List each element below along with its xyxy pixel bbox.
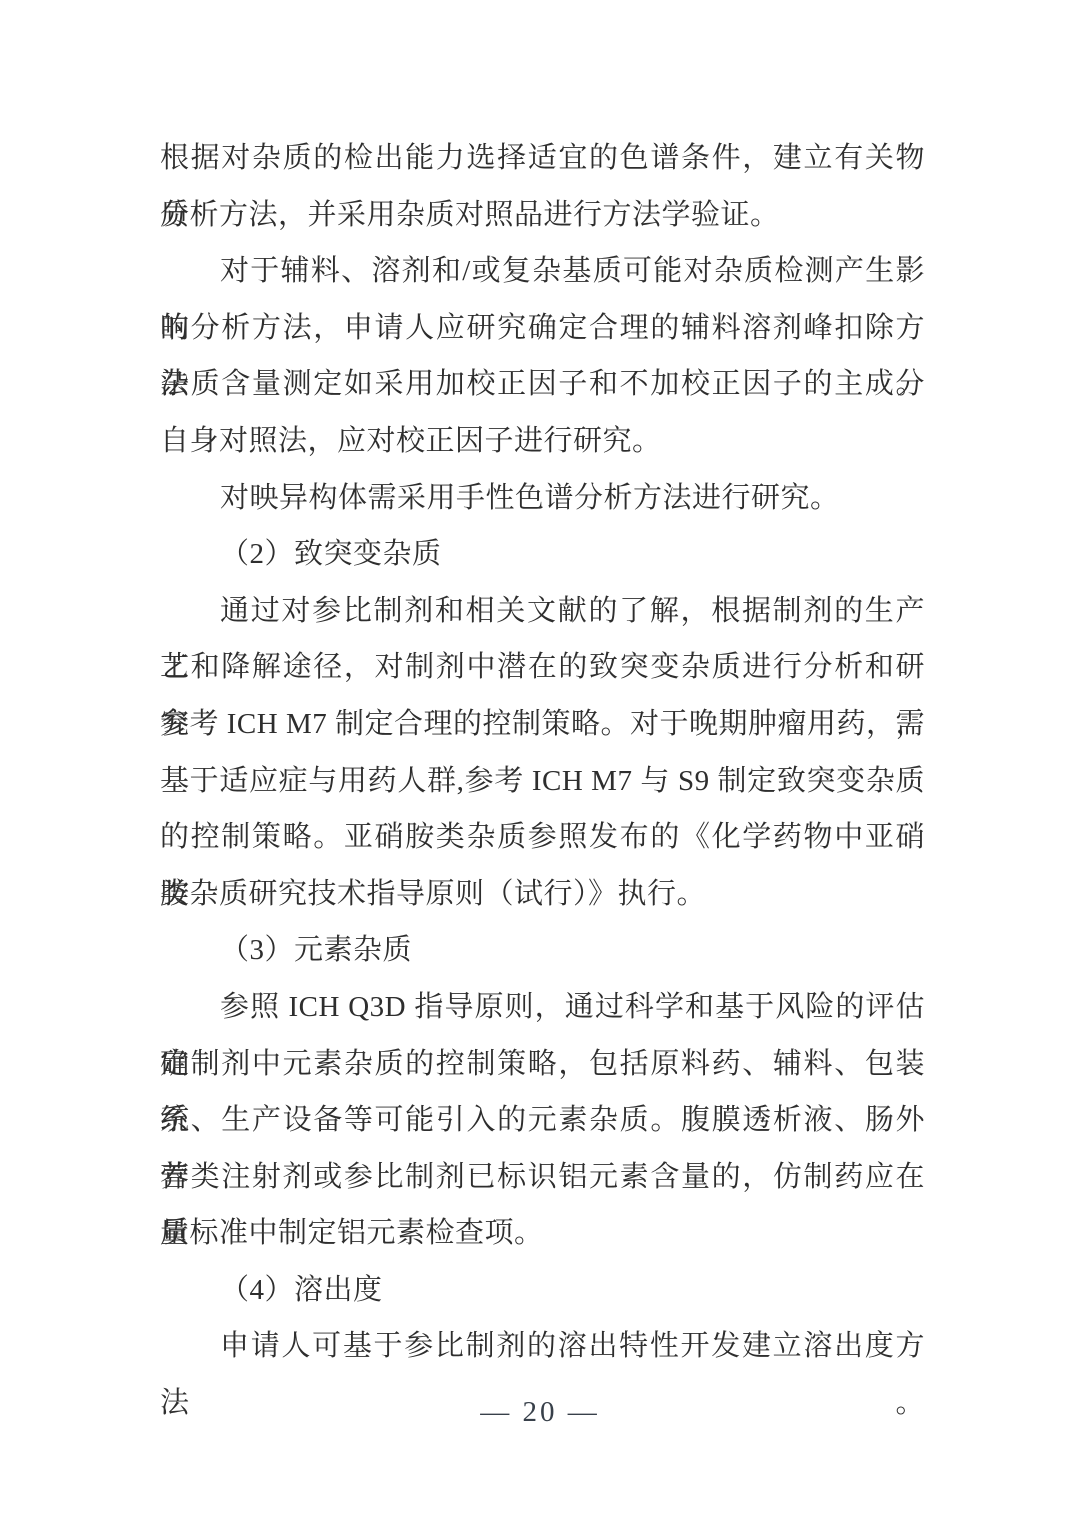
text-line: （4）溶出度 [160, 1262, 925, 1319]
text-line: 通过对参比制剂和相关文献的了解，根据制剂的生产工 [160, 583, 925, 640]
text-line: 量标准中制定铝元素检查项。 [160, 1205, 925, 1262]
text-line: 艺和降解途径，对制剂中潜在的致突变杂质进行分析和研究， [160, 639, 925, 696]
text-line: （2）致突变杂质 [160, 526, 925, 583]
page-footer: — 20 — [0, 1396, 1080, 1429]
text-line: 申请人可基于参比制剂的溶出特性开发建立溶出度方法。 [160, 1318, 925, 1375]
text-line: 对于辅料、溶剂和/或复杂基质可能对杂质检测产生影响 [160, 243, 925, 300]
text-line: 根据对杂质的检出能力选择适宜的色谱条件，建立有关物质 [160, 130, 925, 187]
text-line: 杂质含量测定如采用加校正因子和不加校正因子的主成分 [160, 356, 925, 413]
text-line: 定制剂中元素杂质的控制策略，包括原料药、辅料、包装系 [160, 1036, 925, 1093]
text-line: （3）元素杂质 [160, 922, 925, 979]
text-line: 对映异构体需采用手性色谱分析方法进行研究。 [160, 470, 925, 527]
page-number: — 20 — [480, 1396, 600, 1428]
text-line: 参考 ICH M7 制定合理的控制策略。对于晚期肿瘤用药，需 [160, 696, 925, 753]
text-line: 自身对照法，应对校正因子进行研究。 [160, 413, 925, 470]
document-body: 根据对杂质的检出能力选择适宜的色谱条件，建立有关物质分析方法，并采用杂质对照品进… [160, 130, 925, 1375]
text-line: 参照 ICH Q3D 指导原则，通过科学和基于风险的评估确 [160, 979, 925, 1036]
text-line: 类杂质研究技术指导原则（试行）》执行。 [160, 866, 925, 923]
text-line: 分析方法，并采用杂质对照品进行方法学验证。 [160, 187, 925, 244]
text-line: 养类注射剂或参比制剂已标识铝元素含量的，仿制药应在质 [160, 1149, 925, 1206]
document-page: 根据对杂质的检出能力选择适宜的色谱条件，建立有关物质分析方法，并采用杂质对照品进… [0, 0, 1080, 1527]
text-line: 的分析方法，申请人应研究确定合理的辅料溶剂峰扣除方法。 [160, 300, 925, 357]
text-line: 的控制策略。亚硝胺类杂质参照发布的《化学药物中亚硝胺 [160, 809, 925, 866]
text-line: 基于适应症与用药人群,参考 ICH M7 与 S9 制定致突变杂质 [160, 753, 925, 810]
text-line: 统、生产设备等可能引入的元素杂质。腹膜透析液、肠外营 [160, 1092, 925, 1149]
